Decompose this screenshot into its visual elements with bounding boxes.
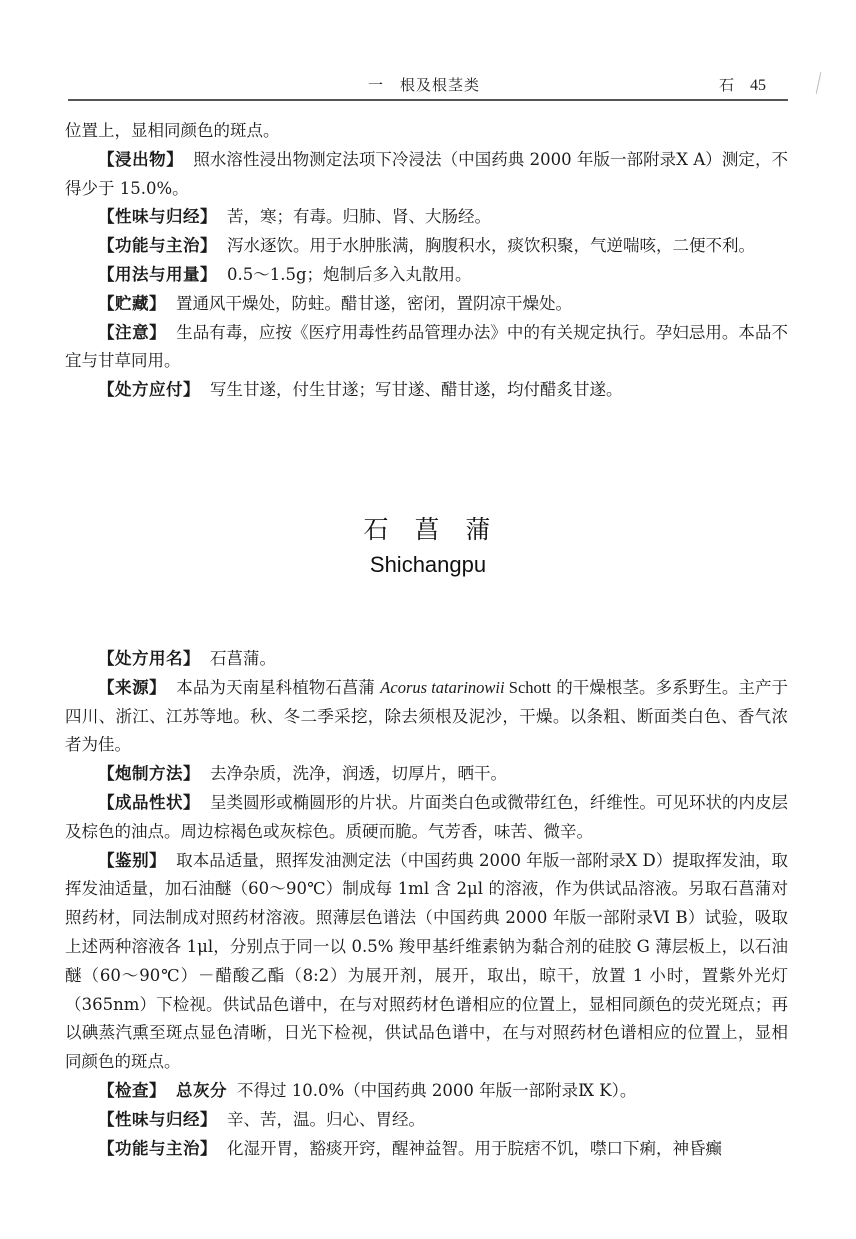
entry-source: 【来源】本品为天南星科植物石菖蒲 Acorus tatarinowii Scho… (65, 674, 788, 760)
page-number: 45 (750, 77, 766, 94)
entry-prescription-name: 【处方用名】石菖蒲。 (65, 645, 788, 674)
entry-precautions: 【注意】生品有毒，应按《医疗用毒性药品管理办法》中的有关规定执行。孕妇忌用。本品… (65, 319, 788, 377)
entry-text: 石菖蒲。 (210, 649, 276, 668)
entry-text: 不得过 10.0%（中国药典 2000 年版一部附录Ⅸ K）。 (237, 1081, 636, 1100)
entry-label: 【检查】 (98, 1081, 166, 1100)
entry-extractives: 【浸出物】照水溶性浸出物测定法项下冷浸法（中国药典 2000 年版一部附录Ⅹ A… (65, 146, 788, 204)
previous-monograph-tail: 位置上，显相同颜色的斑点。 【浸出物】照水溶性浸出物测定法项下冷浸法（中国药典 … (65, 117, 788, 405)
entry-label: 【鉴别】 (98, 851, 166, 870)
chapter-title: 一 根及根茎类 (368, 74, 480, 95)
entry-functions-indications: 【功能与主治】泻水逐饮。用于水肿胀满，胸腹积水，痰饮积聚，气逆喘咳，二便不利。 (65, 232, 788, 261)
latin-species-name: Acorus tatarinowii (380, 678, 504, 697)
entry-storage: 【贮藏】置通风干燥处，防蛀。醋甘遂，密闭，置阴凉干燥处。 (65, 290, 788, 319)
latin-author: Schott (505, 678, 551, 697)
entry-label: 【性味与归经】 (98, 207, 217, 226)
entry-identification: 【鉴别】取本品适量，照挥发油测定法（中国药典 2000 年版一部附录Ⅹ D）提取… (65, 847, 788, 1077)
entry-text: 苦，寒；有毒。归肺、肾、大肠经。 (227, 207, 491, 226)
entry-label: 【性味与归经】 (98, 1110, 217, 1129)
entry-product-description: 【成品性状】呈类圆形或椭圆形的片状。片面类白色或微带红色，纤维性。可见环状的内皮… (65, 789, 788, 847)
entry-label: 【成品性状】 (98, 793, 200, 812)
entry-label: 【来源】 (98, 678, 166, 697)
entry-text: 本品为天南星科植物石菖蒲 (176, 678, 380, 697)
entry-processing-method: 【炮制方法】去净杂质，洗净，润透，切厚片，晒干。 (65, 760, 788, 789)
scan-artifact (816, 72, 822, 94)
monograph-title: 石菖蒲 (0, 510, 856, 546)
entry-text: 生品有毒，应按《医疗用毒性药品管理办法》中的有关规定执行。孕妇忌用。本品不宜与甘… (65, 323, 788, 371)
entry-label: 【浸出物】 (98, 150, 183, 169)
entry-label: 【用法与用量】 (98, 265, 217, 284)
entry-label: 【功能与主治】 (98, 236, 217, 255)
monograph-pinyin: Shichangpu (0, 552, 856, 578)
entry-sublabel: 总灰分 (176, 1081, 227, 1100)
running-header: 一 根及根茎类 石45 (68, 70, 788, 100)
entry-text: 置通风干燥处，防蛀。醋甘遂，密闭，置阴凉干燥处。 (176, 294, 572, 313)
entry-nature-meridian: 【性味与归经】辛、苦，温。归心、胃经。 (65, 1106, 788, 1135)
entry-text: 写生甘遂，付生甘遂；写甘遂、醋甘遂，均付醋炙甘遂。 (210, 380, 623, 399)
entry-prescription-dispensing: 【处方应付】写生甘遂，付生甘遂；写甘遂、醋甘遂，均付醋炙甘遂。 (65, 376, 788, 405)
entry-text: 化湿开胃，豁痰开窍，醒神益智。用于脘痞不饥，噤口下痢，神昏癫 (227, 1139, 722, 1158)
entry-nature-meridian: 【性味与归经】苦，寒；有毒。归肺、肾、大肠经。 (65, 203, 788, 232)
entry-text: 取本品适量，照挥发油测定法（中国药典 2000 年版一部附录Ⅹ D）提取挥发油，… (65, 851, 788, 1072)
entry-functions-indications: 【功能与主治】化湿开胃，豁痰开窍，醒神益智。用于脘痞不饥，噤口下痢，神昏癫 (65, 1135, 788, 1164)
entry-dosage: 【用法与用量】0.5～1.5g；炮制后多入丸散用。 (65, 261, 788, 290)
entry-label: 【处方应付】 (98, 380, 200, 399)
continuation-text: 位置上，显相同颜色的斑点。 (65, 117, 788, 146)
entry-label: 【炮制方法】 (98, 764, 200, 783)
entry-text: 去净杂质，洗净，润透，切厚片，晒干。 (210, 764, 507, 783)
entry-examination: 【检查】总灰分不得过 10.0%（中国药典 2000 年版一部附录Ⅸ K）。 (65, 1077, 788, 1106)
entry-text: 辛、苦，温。归心、胃经。 (227, 1110, 425, 1129)
entry-label: 【处方用名】 (98, 649, 200, 668)
section-character: 石 (719, 76, 734, 94)
header-rule (68, 99, 788, 101)
entry-label: 【注意】 (98, 323, 166, 342)
entry-text: 0.5～1.5g；炮制后多入丸散用。 (227, 265, 472, 284)
entry-text: 泻水逐饮。用于水肿胀满，胸腹积水，痰饮积聚，气逆喘咳，二便不利。 (227, 236, 755, 255)
monograph-body: 【处方用名】石菖蒲。 【来源】本品为天南星科植物石菖蒲 Acorus tatar… (65, 645, 788, 1163)
entry-label: 【功能与主治】 (98, 1139, 217, 1158)
header-right: 石45 (719, 74, 766, 95)
entry-label: 【贮藏】 (98, 294, 166, 313)
